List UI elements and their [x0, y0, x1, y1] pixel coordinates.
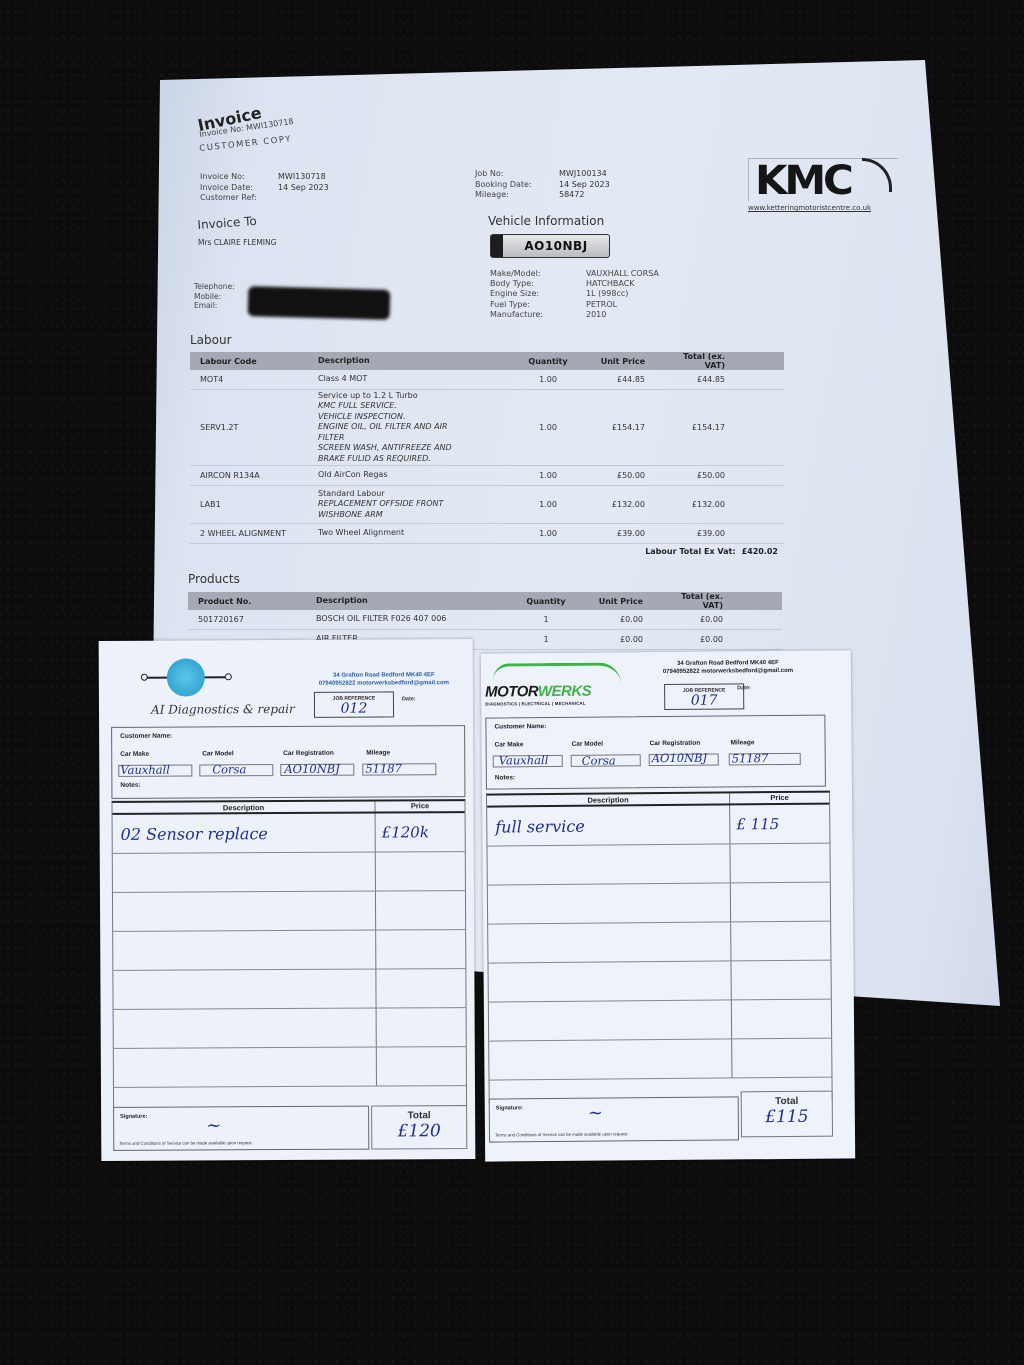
labour-row: AIRCON R134AOld AirCon Regas1.00£50.00£5…: [190, 466, 784, 486]
motorwerks-logo: MOTORWERKS DIAGNOSTICS | ELECTRICAL | ME…: [483, 660, 633, 706]
customer-copy-label: CUSTOMER COPY: [199, 134, 293, 154]
customer-details-frame: Customer Name: Car Make Car Model Car Re…: [485, 715, 826, 790]
date-label: Date:: [737, 685, 751, 691]
total-box: Total £115: [741, 1091, 833, 1138]
description-row[interactable]: [488, 883, 830, 925]
total-box: Total £120: [371, 1105, 467, 1150]
date-label: Date:: [402, 696, 416, 702]
signature-box[interactable]: Signature: ~ Terms and Conditions of Ser…: [113, 1106, 369, 1151]
products-table-header: Product No. Description Quantity Unit Pr…: [188, 592, 782, 610]
description-table: Description Price 02 Sensor replace£120k: [111, 799, 467, 1107]
terms-text: Terms and Conditions of Service can be m…: [119, 1140, 253, 1146]
ai-diagnostics-slip: AI Diagnostics & repair 34 Grafton Road …: [99, 639, 476, 1161]
invoice-meta-left: Invoice No:MWI130718 Invoice Date:14 Sep…: [200, 172, 329, 204]
customer-name: Mrs CLAIRE FLEMING: [198, 238, 276, 247]
company-website[interactable]: www.ketteringmotoristcentre.co.uk: [748, 204, 898, 212]
description-row[interactable]: [113, 969, 465, 1010]
job-reference-value: 012: [315, 701, 393, 715]
registration-number: AO10NBJ: [503, 239, 609, 253]
labour-table-header: Labour Code Description Quantity Unit Pr…: [190, 352, 784, 370]
description-row[interactable]: full service£ 115: [487, 805, 829, 847]
description-row[interactable]: [489, 1000, 831, 1042]
labour-row: SERV1.2TService up to 1.2 L TurboKMC FUL…: [190, 390, 784, 466]
motorwerks-tagline: DIAGNOSTICS | ELECTRICAL | MECHANICAL: [485, 701, 585, 707]
business-name: AI Diagnostics & repair: [151, 702, 295, 717]
description-row[interactable]: 02 Sensor replace£120k: [113, 813, 465, 854]
signature-mark: ~: [588, 1103, 603, 1124]
labour-row: MOT4Class 4 MOT1.00£44.85£44.85: [190, 370, 784, 390]
description-row[interactable]: [488, 922, 830, 964]
description-row[interactable]: [113, 891, 465, 932]
invoice-meta-right: Job No:MWJ100134 Booking Date:14 Sep 202…: [475, 169, 610, 201]
signature-box[interactable]: Signature: ~ Terms and Conditions of Ser…: [489, 1096, 739, 1142]
job-reference-value: 017: [665, 693, 743, 708]
kmc-logo: KMC www.ketteringmotoristcentre.co.uk: [748, 158, 898, 212]
description-row[interactable]: [114, 1047, 466, 1088]
business-address: 34 Grafton Road Bedford MK40 4EF 0794095…: [299, 671, 469, 688]
description-row[interactable]: [488, 961, 830, 1003]
total-value: £115: [742, 1107, 832, 1128]
motorwerks-slip: MOTORWERKS DIAGNOSTICS | ELECTRICAL | ME…: [481, 650, 855, 1161]
labour-table: Labour Code Description Quantity Unit Pr…: [190, 352, 784, 556]
invoice-to-heading: Invoice To: [197, 214, 257, 232]
products-heading: Products: [188, 572, 240, 586]
description-table: Description Price full service£ 115: [486, 791, 833, 1104]
vehicle-details: Make/Model:VAUXHALL CORSA Body Type:HATC…: [490, 269, 659, 320]
description-row[interactable]: [489, 1039, 831, 1081]
product-row: 501720167BOSCH OIL FILTER F026 407 0061£…: [188, 610, 782, 630]
heartbeat-circuit-icon: [167, 658, 205, 696]
signature-mark: ~: [206, 1115, 221, 1136]
job-reference-box: JOB REFERENCE 017: [664, 683, 744, 710]
labour-heading: Labour: [190, 333, 232, 347]
vehicle-info-heading: Vehicle Information: [488, 214, 604, 228]
description-row[interactable]: [113, 852, 465, 893]
customer-details-frame: Customer Name: Car Make Car Model Car Re…: [111, 725, 465, 799]
description-row[interactable]: [487, 844, 829, 886]
description-row[interactable]: [113, 930, 465, 971]
uk-flag-icon: [491, 235, 503, 257]
labour-row: LAB1Standard LabourREPLACEMENT OFFSIDE F…: [190, 486, 784, 524]
labour-row: 2 WHEEL ALIGNMENTTwo Wheel Alignment1.00…: [190, 524, 784, 544]
redacted-contact: [248, 286, 391, 320]
description-row[interactable]: [114, 1008, 466, 1049]
job-reference-box: JOB REFERENCE 012: [314, 691, 394, 717]
registration-plate: AO10NBJ: [490, 234, 610, 258]
contact-labels: Telephone: Mobile: Email:: [194, 282, 235, 311]
terms-text: Terms and Conditions of Service can be m…: [495, 1131, 629, 1137]
business-address: 34 Grafton Road Bedford MK40 4EF 0794095…: [643, 659, 813, 676]
labour-total: Labour Total Ex Vat:£420.02: [190, 544, 784, 556]
total-value: £120: [372, 1121, 466, 1141]
